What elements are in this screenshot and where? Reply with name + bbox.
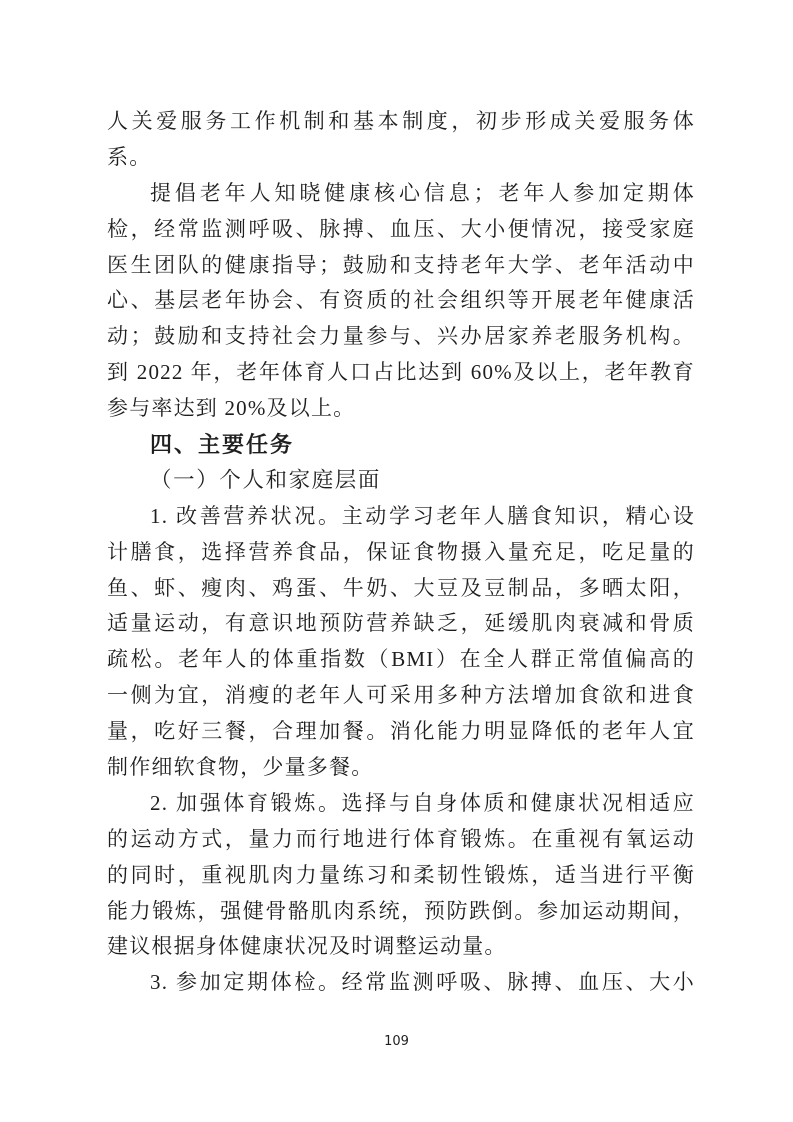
text-line: 动；鼓励和支持社会力量参与、兴办居家养老服务机构。	[107, 319, 695, 355]
text-line: 一侧为宜，消瘦的老年人可采用多种方法增加食欲和进食	[107, 678, 695, 714]
subsection-heading: （一）个人和家庭层面	[107, 463, 695, 499]
document-body: 人关爱服务工作机制和基本制度，初步形成关爱服务体系。提倡老年人知晓健康核心信息；…	[107, 104, 695, 1001]
text-line: 提倡老年人知晓健康核心信息；老年人参加定期体	[107, 176, 695, 212]
text-line: 制作细软食物，少量多餐。	[107, 750, 695, 786]
document-page: 人关爱服务工作机制和基本制度，初步形成关爱服务体系。提倡老年人知晓健康核心信息；…	[0, 0, 793, 1122]
text-line: 量，吃好三餐，合理加餐。消化能力明显降低的老年人宜	[107, 714, 695, 750]
section-heading: 四、主要任务	[107, 427, 695, 463]
text-line: 能力锻炼，强健骨骼肌肉系统，预防跌倒。参加运动期间，	[107, 894, 695, 930]
text-line: 2. 加强体育锻炼。选择与自身体质和健康状况相适应	[107, 786, 695, 822]
page-number: 109	[0, 1034, 793, 1049]
text-line: 人关爱服务工作机制和基本制度，初步形成关爱服务体	[107, 104, 695, 140]
text-line: 系。	[107, 140, 695, 176]
text-line: 医生团队的健康指导；鼓励和支持老年大学、老年活动中	[107, 248, 695, 284]
text-line: 参与率达到 20%及以上。	[107, 391, 695, 427]
text-line: 1. 改善营养状况。主动学习老年人膳食知识，精心设	[107, 499, 695, 535]
text-line: 适量运动，有意识地预防营养缺乏，延缓肌肉衰减和骨质	[107, 606, 695, 642]
text-line: 的运动方式，量力而行地进行体育锻炼。在重视有氧运动	[107, 822, 695, 858]
text-line: 3. 参加定期体检。经常监测呼吸、脉搏、血压、大小	[107, 965, 695, 1001]
text-line: 检，经常监测呼吸、脉搏、血压、大小便情况，接受家庭	[107, 212, 695, 248]
text-line: 心、基层老年协会、有资质的社会组织等开展老年健康活	[107, 283, 695, 319]
text-line: 到 2022 年，老年体育人口占比达到 60%及以上，老年教育	[107, 355, 695, 391]
text-line: 鱼、虾、瘦肉、鸡蛋、牛奶、大豆及豆制品，多晒太阳，	[107, 571, 695, 607]
text-line: 计膳食，选择营养食品，保证食物摄入量充足，吃足量的	[107, 535, 695, 571]
text-line: 建议根据身体健康状况及时调整运动量。	[107, 929, 695, 965]
text-line: 的同时，重视肌肉力量练习和柔韧性锻炼，适当进行平衡	[107, 858, 695, 894]
text-line: 疏松。老年人的体重指数（BMI）在全人群正常值偏高的	[107, 642, 695, 678]
